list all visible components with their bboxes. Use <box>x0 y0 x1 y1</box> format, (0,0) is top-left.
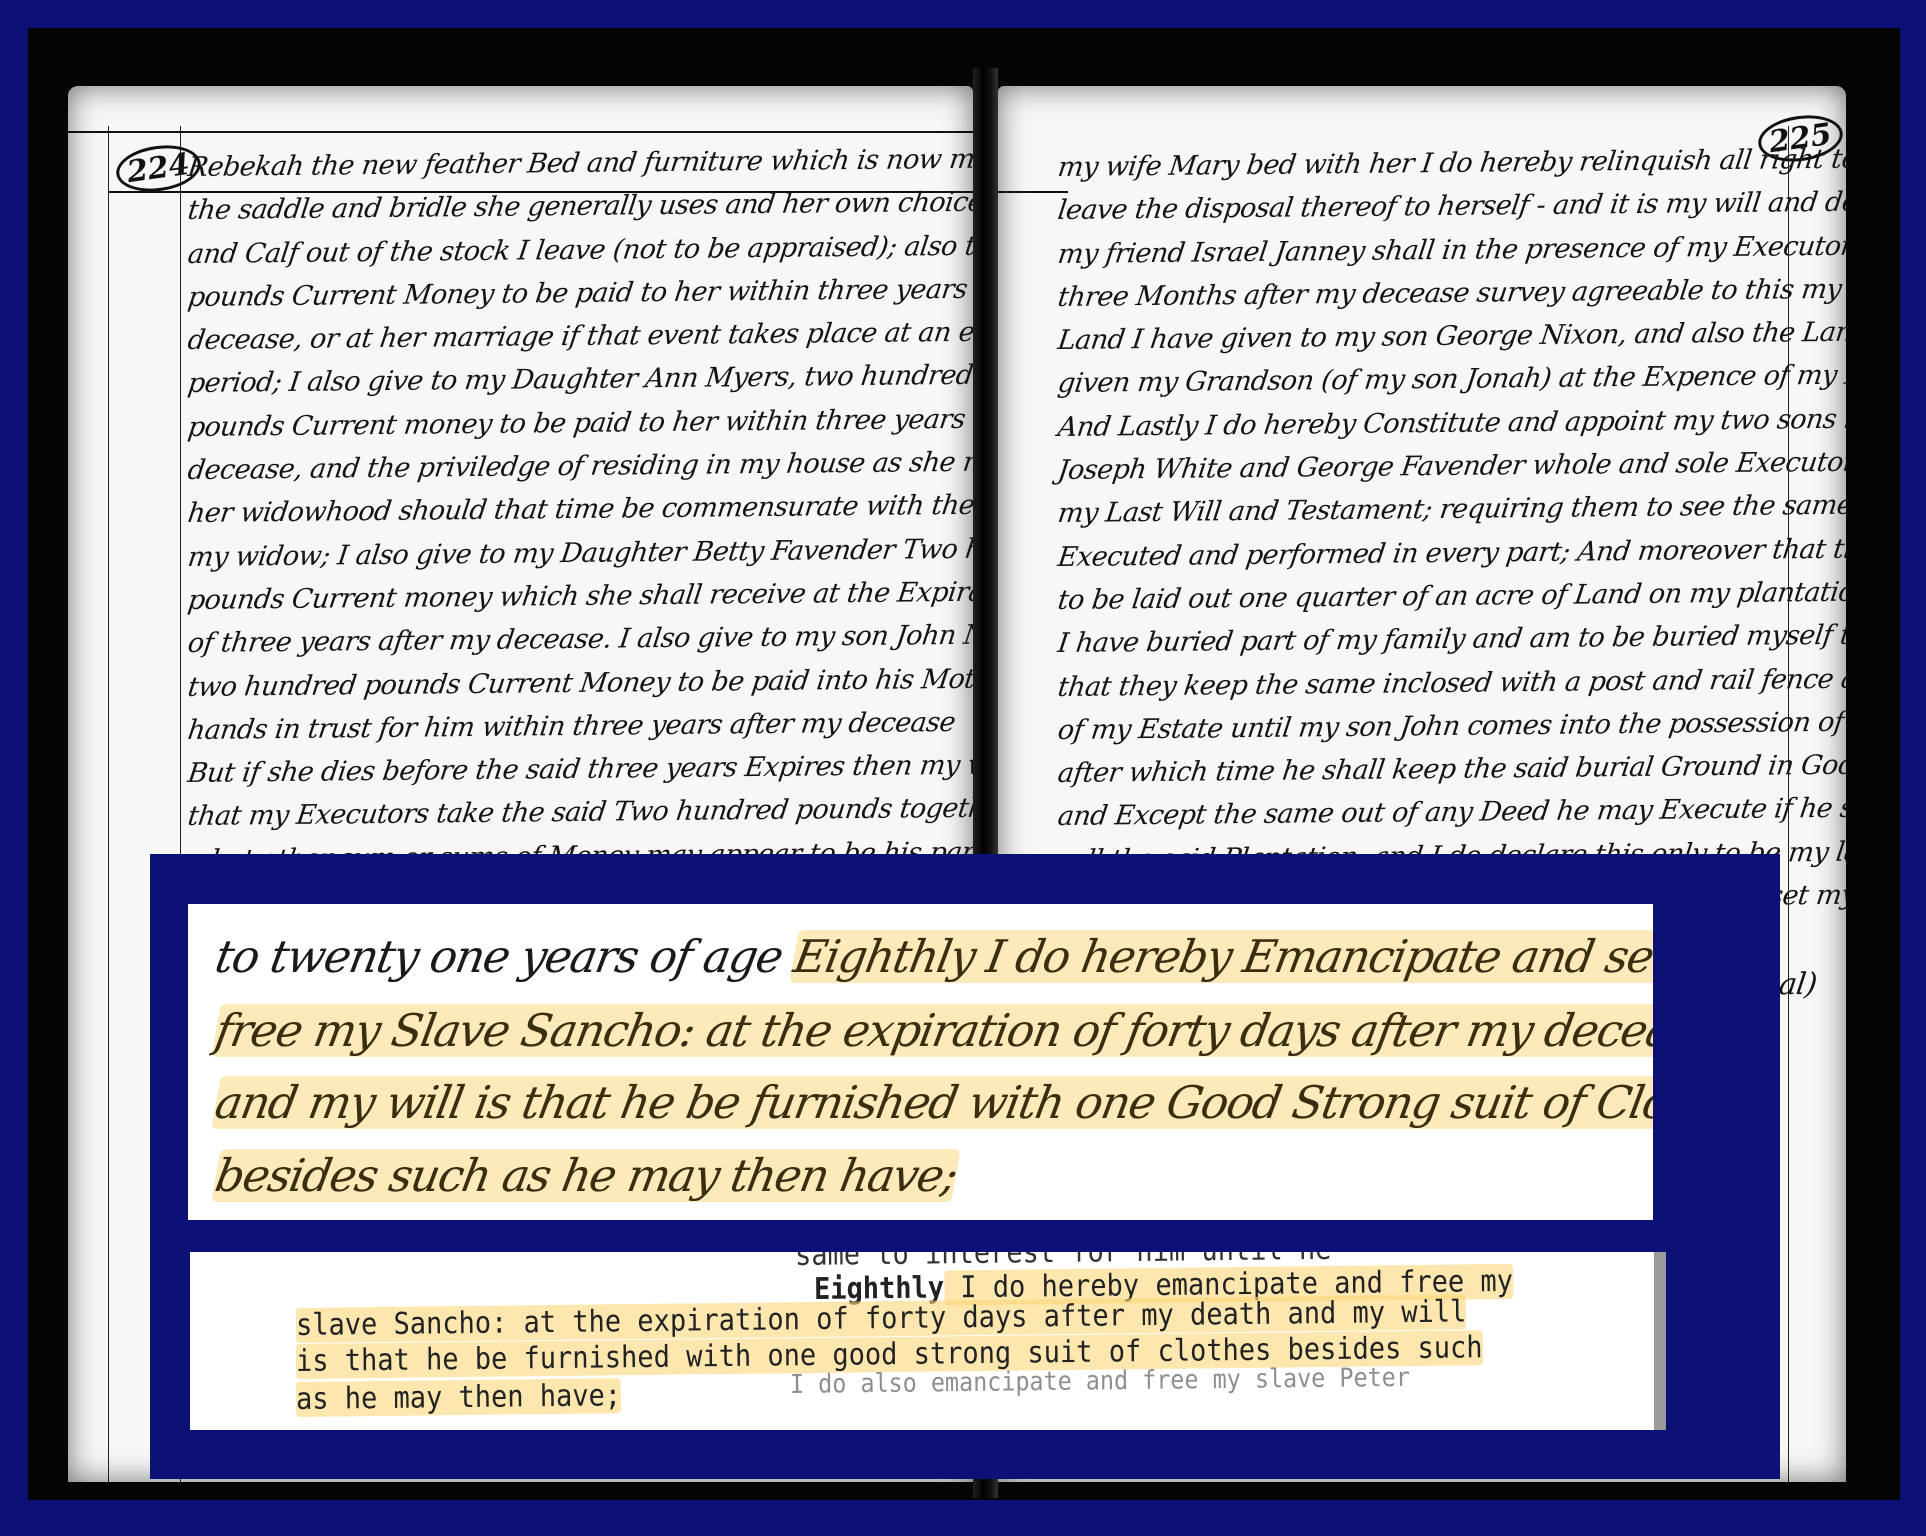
transcription-clipped-line: I do also emancipate and free my slave P… <box>790 1363 1410 1400</box>
manuscript-line: that my Executors take the said Two hund… <box>185 785 973 839</box>
handwritten-excerpt-crop: to twenty one years of age Eighthly I do… <box>188 904 1653 1220</box>
excerpt-overlay-panel: to twenty one years of age Eighthly I do… <box>150 854 1780 1479</box>
excerpt-line: to twenty one years of age Eighthly I do… <box>211 930 1653 983</box>
excerpt-highlight: free my Slave Sancho: at the expiration … <box>211 1004 1653 1057</box>
typed-transcription-crop: same to interest for him until he Eighth… <box>190 1252 1666 1430</box>
manuscript-line: of three years after my decease. I also … <box>185 612 973 666</box>
excerpt-highlight: Eighthly I do hereby Emancipate and set <box>790 930 1653 983</box>
manuscript-line: I have buried part of my family and am t… <box>1055 612 1846 666</box>
manuscript-line: my Last Will and Testament; requiring th… <box>1055 482 1846 536</box>
transcription-line: as he may then have; <box>296 1378 621 1417</box>
outer-margin-rule <box>108 126 109 1482</box>
manuscript-line: leave the disposal thereof to herself - … <box>1055 179 1846 233</box>
manuscript-line: period; I also give to my Daughter Ann M… <box>185 352 973 406</box>
excerpt-plain-text: to twenty one years of age <box>211 930 799 983</box>
manuscript-line: the saddle and bridle she generally uses… <box>185 179 973 233</box>
manuscript-line: given my Grandson (of my son Jonah) at t… <box>1055 352 1846 406</box>
manuscript-line: her widowhood should that time be commen… <box>185 482 973 536</box>
excerpt-highlight: besides such as he may then have; <box>211 1149 961 1202</box>
excerpt-line: and my will is that he be furnished with… <box>211 1076 1653 1129</box>
excerpt-highlight: and my will is that he be furnished with… <box>211 1076 1653 1129</box>
transcription-highlight: as he may then have; <box>296 1378 621 1417</box>
excerpt-line: besides such as he may then have; <box>211 1149 961 1202</box>
manuscript-line: and Except the same out of any Deed he m… <box>1055 785 1846 839</box>
excerpt-line: free my Slave Sancho: at the expiration … <box>211 1004 1653 1057</box>
header-rule <box>68 131 973 133</box>
